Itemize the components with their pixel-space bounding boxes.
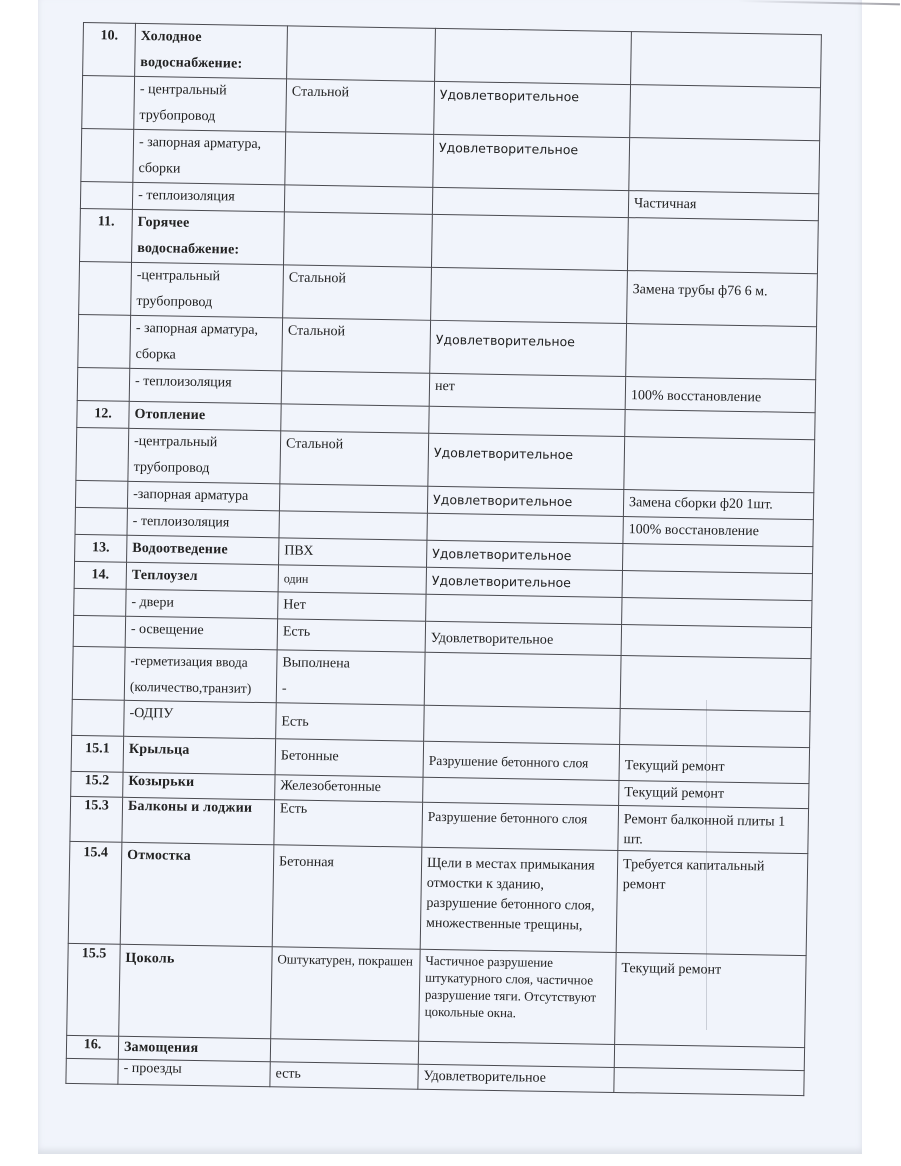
condition-cell bbox=[427, 513, 623, 543]
material-cell bbox=[281, 371, 430, 406]
item-title: -центральный трубопровод bbox=[131, 262, 284, 318]
material-cell bbox=[285, 132, 434, 187]
material-cell bbox=[279, 511, 427, 540]
condition-cell bbox=[431, 214, 628, 270]
recommendation-cell: Текущий ремонт bbox=[615, 952, 806, 1047]
condition-cell: Удовлетворительное bbox=[434, 81, 631, 137]
item-title: -герметизация ввода (количество,транзит) bbox=[124, 647, 277, 703]
row-number bbox=[74, 588, 126, 616]
recommendation-cell bbox=[614, 1044, 804, 1070]
material-cell: Стальной bbox=[282, 318, 431, 373]
condition-cell bbox=[426, 594, 622, 624]
material-cell: Бетонные bbox=[275, 739, 424, 777]
row-number bbox=[72, 699, 125, 736]
condition-cell bbox=[424, 705, 621, 744]
item-title: Крыльца bbox=[123, 736, 276, 775]
material-cell bbox=[284, 212, 433, 267]
row-number bbox=[82, 76, 135, 130]
row-number bbox=[66, 1058, 118, 1084]
condition-cell: нет bbox=[429, 373, 626, 409]
row-number: 11. bbox=[80, 208, 133, 262]
row-number bbox=[78, 314, 131, 368]
item-title: - теплоизоляция bbox=[129, 368, 282, 404]
page-edge-shadow bbox=[738, 0, 900, 5]
item-title: - теплоизоляция bbox=[132, 182, 284, 212]
item-title: Водоотведение bbox=[127, 535, 279, 565]
row-number bbox=[80, 181, 132, 209]
table-row: 15.4 Отмостка Бетонная Щели в местах при… bbox=[68, 841, 808, 955]
recommendation-cell bbox=[614, 1067, 804, 1095]
row-number: 14. bbox=[74, 561, 126, 589]
material-cell: Стальной bbox=[283, 265, 432, 320]
condition-cell bbox=[423, 777, 619, 805]
item-title: - теплоизоляция bbox=[127, 508, 279, 538]
condition-cell bbox=[431, 267, 628, 323]
condition-cell bbox=[432, 187, 628, 217]
recommendation-cell: Ремонт балконной плиты 1 шт. bbox=[618, 805, 809, 853]
item-title: - запорная арматура, сборки bbox=[133, 129, 286, 185]
recommendation-cell bbox=[626, 324, 817, 380]
row-number: 15.4 bbox=[68, 841, 122, 944]
condition-cell: Частичное разрушение штукатурного слоя, … bbox=[419, 949, 616, 1044]
row-number bbox=[73, 615, 126, 647]
item-title: Холодное водоснабжение: bbox=[135, 23, 288, 79]
condition-cell: Удовлетворительное bbox=[427, 486, 623, 516]
item-title: - центральный трубопровод bbox=[134, 76, 287, 132]
recommendation-cell bbox=[629, 138, 820, 194]
row-number: 10. bbox=[83, 23, 136, 77]
material-cell: Стальной bbox=[280, 431, 429, 486]
item-title: Балконы и лоджии bbox=[122, 797, 275, 845]
recommendation-cell bbox=[620, 709, 811, 748]
condition-cell: Разрушение бетонного слоя bbox=[422, 802, 619, 850]
item-title: Козырьки bbox=[123, 772, 275, 800]
row-number: 15.1 bbox=[71, 735, 124, 772]
item-title: - проезды bbox=[118, 1059, 270, 1087]
material-cell bbox=[284, 185, 432, 214]
item-title: - освещение bbox=[125, 616, 277, 650]
row-number bbox=[81, 128, 134, 182]
condition-cell bbox=[429, 406, 625, 436]
inspection-table: 10. Холодное водоснабжение: - центральны… bbox=[65, 22, 822, 1096]
row-number bbox=[75, 480, 127, 508]
material-cell: Есть bbox=[276, 703, 425, 741]
recommendation-cell: Текущий ремонт bbox=[619, 744, 810, 783]
recommendation-cell: 100% восстановление bbox=[625, 377, 816, 413]
item-title: Замощения bbox=[118, 1036, 270, 1062]
condition-cell: Удовлетворительное bbox=[428, 433, 625, 489]
condition-cell bbox=[424, 652, 621, 708]
recommendation-cell bbox=[631, 32, 822, 88]
recommendation-cell bbox=[620, 656, 811, 712]
recommendation-cell bbox=[630, 85, 821, 141]
material-cell: ПВХ bbox=[279, 538, 427, 567]
recommendation-cell: Замена трубы ф76 6 м. bbox=[627, 271, 818, 327]
recommendation-cell bbox=[622, 544, 812, 574]
recommendation-cell: Замена сборки ф20 1шт. bbox=[623, 490, 813, 520]
material-cell: один bbox=[278, 565, 426, 594]
material-cell: Железобетонные bbox=[275, 775, 423, 802]
item-title: - запорная арматура, сборка bbox=[130, 315, 283, 371]
item-title: Цоколь bbox=[119, 944, 273, 1039]
recommendation-cell: 100% восстановление bbox=[623, 517, 813, 547]
row-number bbox=[79, 261, 132, 315]
item-title: Отопление bbox=[129, 401, 281, 431]
material-cell: Есть bbox=[277, 619, 425, 652]
row-number: 15.2 bbox=[71, 771, 123, 797]
row-number: 16. bbox=[66, 1035, 118, 1059]
condition-cell: Удовлетворительное bbox=[426, 567, 622, 597]
row-number bbox=[77, 367, 130, 401]
material-cell bbox=[287, 26, 436, 81]
condition-cell bbox=[435, 28, 632, 84]
inspection-table-container: 10. Холодное водоснабжение: - центральны… bbox=[65, 22, 822, 1096]
material-cell: Выполнена - bbox=[276, 650, 425, 705]
item-title: Теплоузел bbox=[126, 562, 278, 592]
recommendation-cell: Текущий ремонт bbox=[619, 780, 809, 808]
material-cell: Есть bbox=[274, 800, 423, 847]
recommendation-cell bbox=[622, 571, 812, 601]
recommendation-cell bbox=[625, 410, 815, 440]
recommendation-cell: Требуется капитальный ремонт bbox=[616, 850, 808, 955]
material-cell bbox=[270, 1039, 418, 1064]
row-number: 13. bbox=[75, 534, 127, 562]
item-title: - двери bbox=[126, 589, 278, 619]
material-cell: Оштукатурен, покрашен bbox=[271, 947, 421, 1041]
row-number: 15.3 bbox=[70, 796, 123, 842]
material-cell: Стальной bbox=[286, 79, 435, 134]
item-title: -запорная арматура bbox=[127, 481, 279, 511]
condition-cell: Удовлетворительное bbox=[433, 134, 630, 190]
row-number bbox=[76, 427, 129, 481]
material-cell: есть bbox=[270, 1062, 418, 1089]
recommendation-cell: Частичная bbox=[628, 191, 818, 221]
condition-cell bbox=[418, 1041, 614, 1067]
recommendation-cell bbox=[624, 437, 815, 493]
condition-cell: Удовлетворительное bbox=[430, 320, 627, 376]
condition-cell: Удовлетворительное bbox=[427, 540, 623, 570]
table-row: 15.5 Цоколь Оштукатурен, покрашен Частич… bbox=[67, 943, 806, 1047]
row-number: 15.5 bbox=[67, 943, 121, 1036]
condition-cell: Щели в местах примыкания отмостки к здан… bbox=[420, 847, 618, 952]
item-title: -центральный трубопровод bbox=[128, 428, 281, 484]
material-cell bbox=[281, 404, 429, 433]
condition-cell: Удовлетворительное bbox=[425, 621, 621, 655]
recommendation-cell bbox=[627, 218, 818, 274]
condition-cell: Разрушение бетонного слоя bbox=[423, 741, 620, 780]
item-title: Отмостка bbox=[120, 842, 274, 947]
material-cell: Нет bbox=[278, 592, 426, 621]
item-title: Горячее водоснабжение: bbox=[132, 209, 285, 265]
condition-cell: Удовлетворительное bbox=[418, 1064, 614, 1092]
recommendation-cell bbox=[621, 625, 811, 659]
row-number: 12. bbox=[77, 400, 129, 428]
item-title: -ОДПУ bbox=[124, 700, 277, 739]
material-cell: Бетонная bbox=[272, 845, 422, 949]
recommendation-cell bbox=[622, 598, 812, 628]
material-cell bbox=[279, 484, 427, 513]
row-number bbox=[75, 507, 127, 535]
row-number bbox=[72, 646, 125, 700]
